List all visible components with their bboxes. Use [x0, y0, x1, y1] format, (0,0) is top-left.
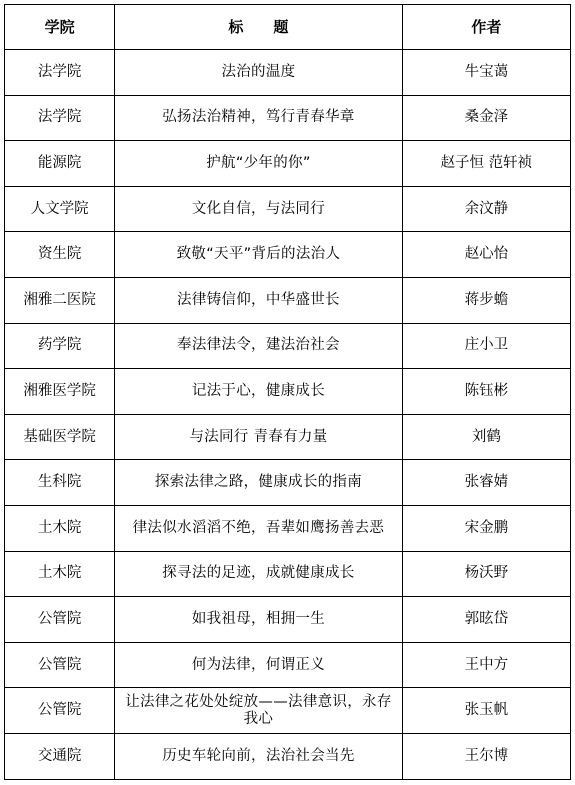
cell-author: 王尔博 [402, 733, 570, 779]
cell-title: 法治的温度 [115, 50, 403, 96]
table-row: 基础医学院 与法同行 青春有力量 刘鹤 [5, 414, 571, 460]
cell-title: 法律铸信仰，中华盛世长 [115, 277, 403, 323]
table-row: 公管院 何为法律，何谓正义 王中方 [5, 642, 571, 688]
table-row: 公管院 让法律之花处处绽放——法律意识，永存我心 张玉帆 [5, 688, 571, 734]
cell-title: 何为法律，何谓正义 [115, 642, 403, 688]
cell-title: 致敬“天平”背后的法治人 [115, 232, 403, 278]
cell-title: 记法于心，健康成长 [115, 369, 403, 415]
works-table: 学院 标 题 作者 法学院 法治的温度 牛宝蔼 法学院 弘扬法治精神，笃行青春华… [4, 4, 571, 780]
header-title: 标 题 [115, 5, 403, 50]
table-row: 湘雅二医院 法律铸信仰，中华盛世长 蒋步蟾 [5, 277, 571, 323]
cell-college: 土木院 [5, 505, 115, 551]
table-row: 法学院 法治的温度 牛宝蔼 [5, 50, 571, 96]
table-row: 土木院 探寻法的足迹，成就健康成长 杨沃野 [5, 551, 571, 597]
cell-college: 人文学院 [5, 186, 115, 232]
cell-author: 张玉帆 [402, 688, 570, 734]
cell-college: 土木院 [5, 551, 115, 597]
cell-title: 如我祖母，相拥一生 [115, 597, 403, 643]
cell-author: 郭昡岱 [402, 597, 570, 643]
cell-college: 湘雅二医院 [5, 277, 115, 323]
cell-college: 法学院 [5, 50, 115, 96]
cell-title: 文化自信，与法同行 [115, 186, 403, 232]
cell-college: 药学院 [5, 323, 115, 369]
cell-college: 湘雅医学院 [5, 369, 115, 415]
cell-title: 与法同行 青春有力量 [115, 414, 403, 460]
cell-college: 交通院 [5, 733, 115, 779]
cell-author: 赵心怡 [402, 232, 570, 278]
cell-college: 公管院 [5, 642, 115, 688]
header-author: 作者 [402, 5, 570, 50]
table-header-row: 学院 标 题 作者 [5, 5, 571, 50]
cell-title: 探寻法的足迹，成就健康成长 [115, 551, 403, 597]
cell-author: 陈钰彬 [402, 369, 570, 415]
table-row: 人文学院 文化自信，与法同行 余汶静 [5, 186, 571, 232]
cell-author: 庄小卫 [402, 323, 570, 369]
table-row: 湘雅医学院 记法于心，健康成长 陈钰彬 [5, 369, 571, 415]
cell-author: 刘鹤 [402, 414, 570, 460]
cell-college: 公管院 [5, 597, 115, 643]
cell-college: 公管院 [5, 688, 115, 734]
cell-college: 能源院 [5, 141, 115, 187]
table-row: 公管院 如我祖母，相拥一生 郭昡岱 [5, 597, 571, 643]
cell-author: 蒋步蟾 [402, 277, 570, 323]
table-row: 土木院 律法似水滔滔不绝，吾辈如鹰扬善去恶 宋金鹏 [5, 505, 571, 551]
cell-title: 奉法律法令，建法治社会 [115, 323, 403, 369]
cell-author: 赵子恒 范轩祯 [402, 141, 570, 187]
cell-title: 弘扬法治精神，笃行青春华章 [115, 95, 403, 141]
cell-college: 法学院 [5, 95, 115, 141]
header-college: 学院 [5, 5, 115, 50]
cell-title: 让法律之花处处绽放——法律意识，永存我心 [115, 688, 403, 734]
cell-title: 护航“少年的你” [115, 141, 403, 187]
cell-college: 基础医学院 [5, 414, 115, 460]
cell-author: 余汶静 [402, 186, 570, 232]
cell-college: 生科院 [5, 460, 115, 506]
cell-college: 资生院 [5, 232, 115, 278]
cell-title: 历史车轮向前，法治社会当先 [115, 733, 403, 779]
table-row: 交通院 历史车轮向前，法治社会当先 王尔博 [5, 733, 571, 779]
cell-title: 探索法律之路，健康成长的指南 [115, 460, 403, 506]
table-row: 法学院 弘扬法治精神，笃行青春华章 桑金泽 [5, 95, 571, 141]
cell-author: 杨沃野 [402, 551, 570, 597]
table-row: 药学院 奉法律法令，建法治社会 庄小卫 [5, 323, 571, 369]
cell-author: 王中方 [402, 642, 570, 688]
table-row: 生科院 探索法律之路，健康成长的指南 张睿婧 [5, 460, 571, 506]
cell-author: 桑金泽 [402, 95, 570, 141]
cell-title: 律法似水滔滔不绝，吾辈如鹰扬善去恶 [115, 505, 403, 551]
table-row: 资生院 致敬“天平”背后的法治人 赵心怡 [5, 232, 571, 278]
cell-author: 宋金鹏 [402, 505, 570, 551]
cell-author: 张睿婧 [402, 460, 570, 506]
cell-author: 牛宝蔼 [402, 50, 570, 96]
table-row: 能源院 护航“少年的你” 赵子恒 范轩祯 [5, 141, 571, 187]
